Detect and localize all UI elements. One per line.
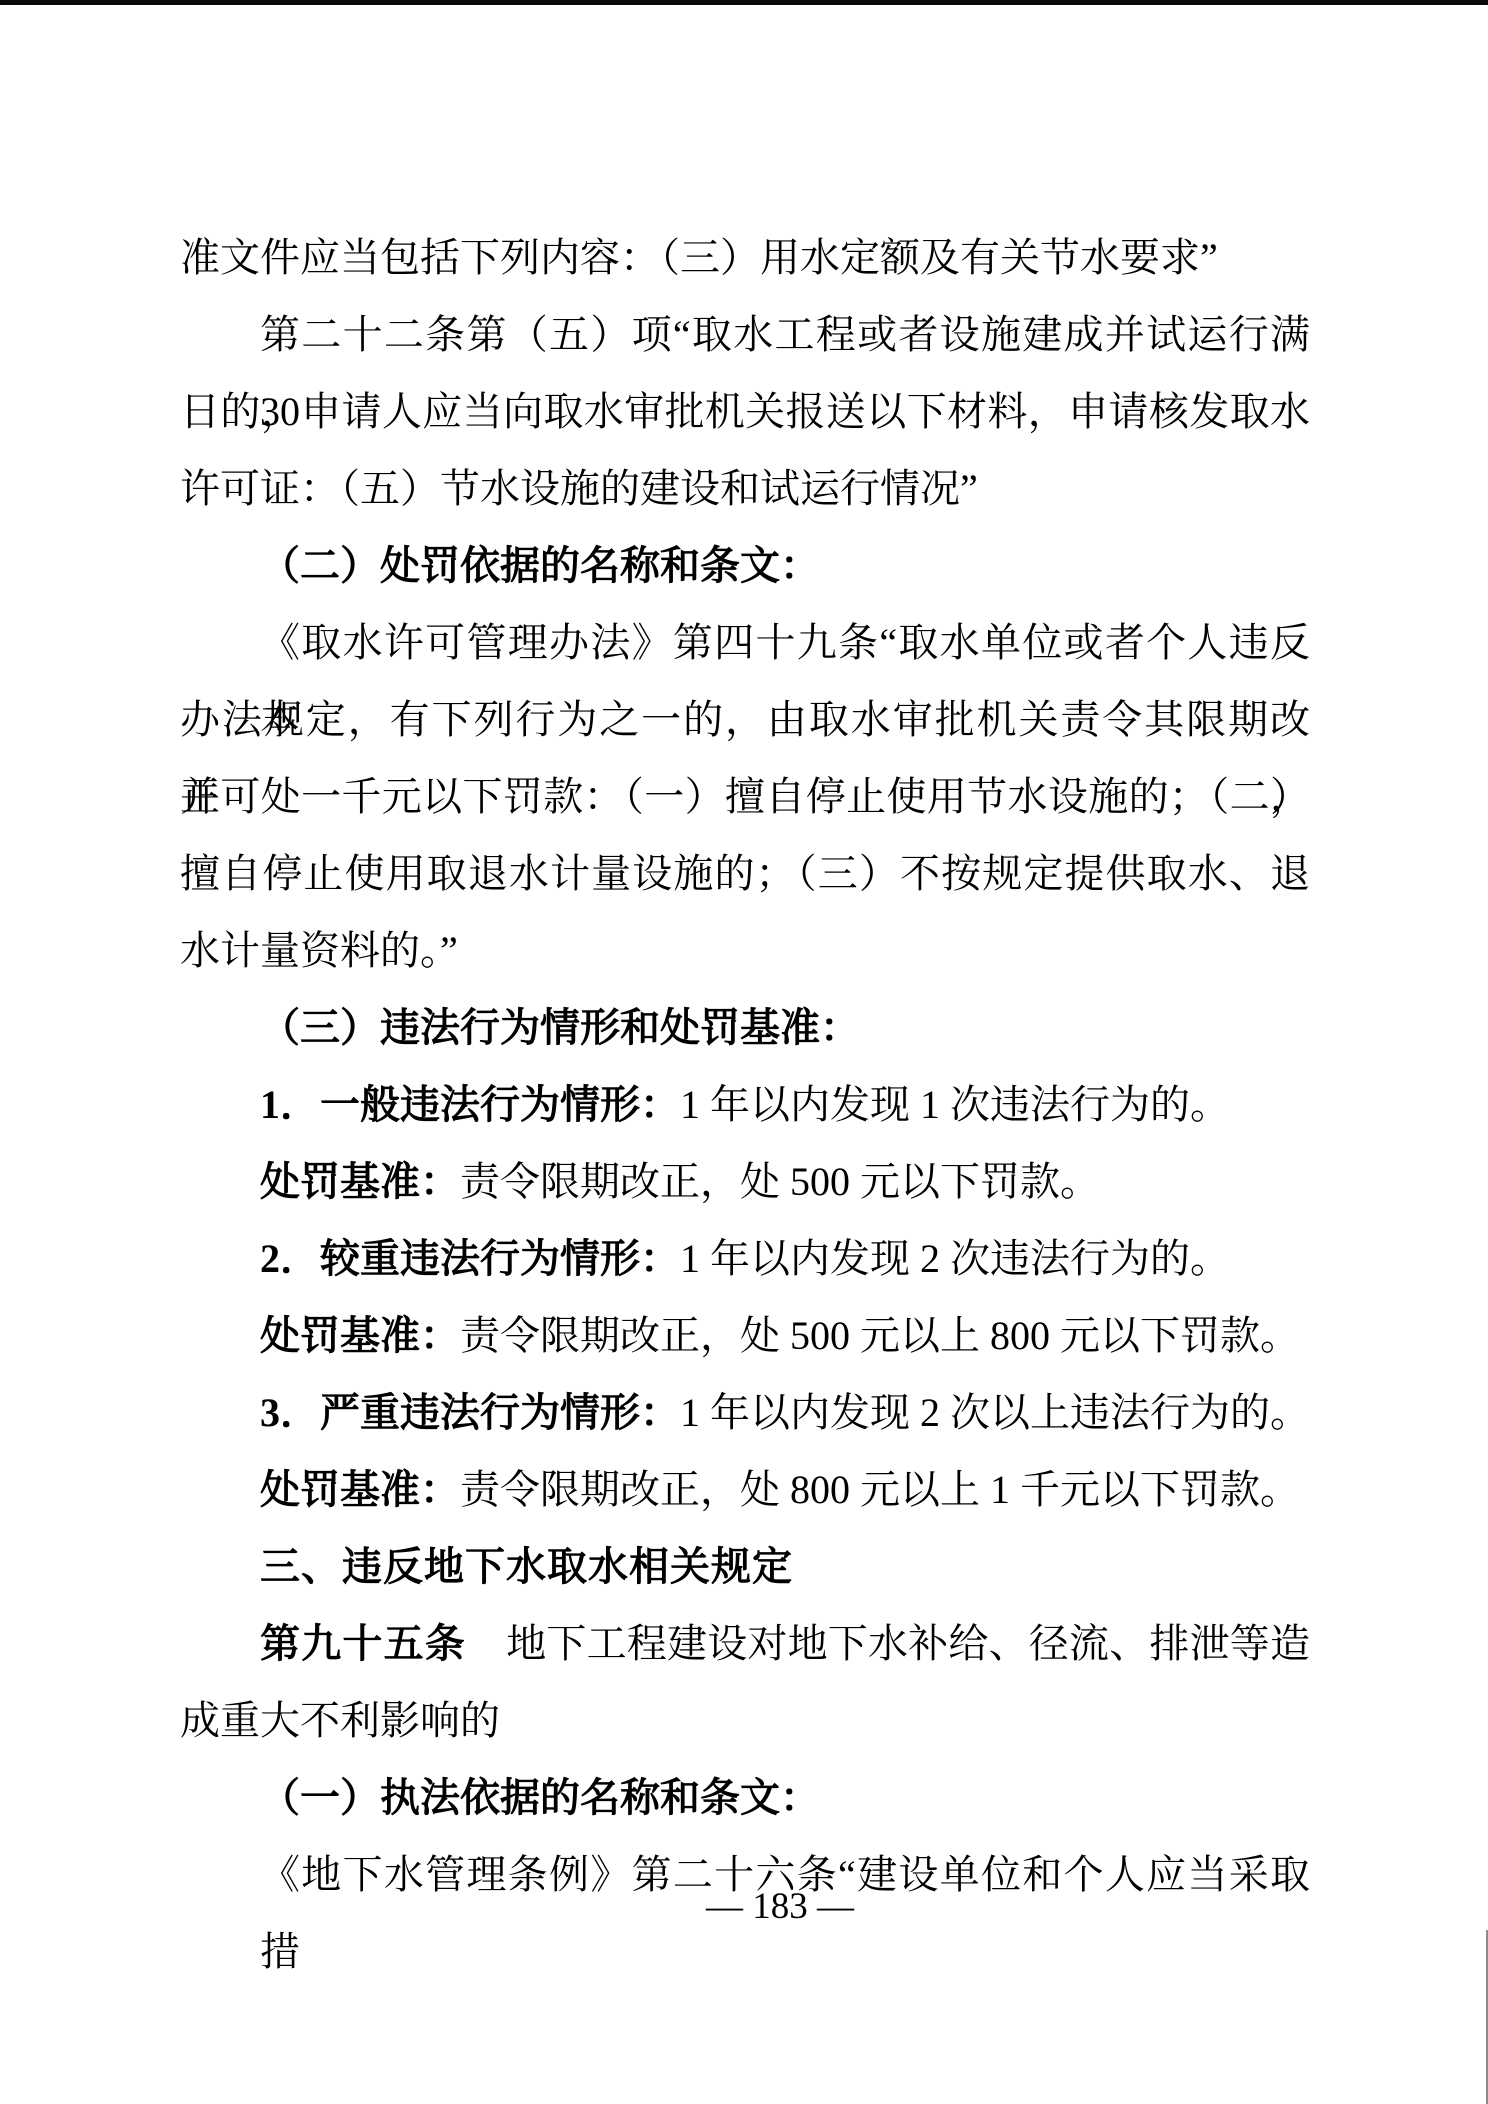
text-segment-hei: 三、违反地下水取水相关规定 — [260, 1545, 793, 1589]
text-line: 1．一般违法行为情形：1 年以内发现 1 次违法行为的。 — [180, 1066, 1310, 1143]
document-page: 准文件应当包括下列内容：（三）用水定额及有关节水要求”第二十二条第（五）项“取水… — [0, 0, 1488, 2104]
text-line: 处罚基准：责令限期改正，处 500 元以上 800 元以下罚款。 — [180, 1297, 1310, 1374]
text-segment-normal: 准文件应当包括下列内容：（三）用水定额及有关节水要求” — [180, 235, 1218, 280]
text-line: 第二十二条第（五）项“取水工程或者设施建成并试运行满 30 — [180, 296, 1310, 373]
scan-artifact-top-bar — [0, 0, 1488, 5]
text-segment-bold: 处罚基准： — [260, 1159, 460, 1204]
text-segment-normal: 并可处一千元以下罚款：（一）擅自停止使用节水设施的；（二） — [180, 774, 1310, 819]
text-line: 《取水许可管理办法》第四十九条“取水单位或者个人违反本 — [180, 604, 1310, 681]
text-segment-bold: 1．一般违法行为情形： — [260, 1082, 680, 1127]
text-line: 三、违反地下水取水相关规定 — [180, 1528, 1310, 1605]
text-segment-bold: 3．严重违法行为情形： — [260, 1390, 680, 1435]
text-line: （三）违法行为情形和处罚基准： — [180, 989, 1310, 1066]
text-line: （二）处罚依据的名称和条文： — [180, 527, 1310, 604]
text-segment-normal: 水计量资料的。” — [180, 928, 458, 973]
text-segment-bold: 处罚基准： — [260, 1313, 460, 1358]
text-line: （一）执法依据的名称和条文： — [180, 1759, 1310, 1836]
text-line: 处罚基准：责令限期改正，处 500 元以下罚款。 — [180, 1143, 1310, 1220]
text-segment-normal: 地下工程建设对地下水补给、径流、排泄等造 — [466, 1621, 1310, 1666]
text-line: 2．较重违法行为情形：1 年以内发现 2 次违法行为的。 — [180, 1220, 1310, 1297]
text-line: 准文件应当包括下列内容：（三）用水定额及有关节水要求” — [180, 219, 1310, 296]
document-body: 准文件应当包括下列内容：（三）用水定额及有关节水要求”第二十二条第（五）项“取水… — [180, 219, 1310, 1913]
text-segment-normal: 成重大不利影响的 — [180, 1698, 500, 1743]
text-segment-bold: 2．较重违法行为情形： — [260, 1236, 680, 1281]
text-segment-normal: 擅自停止使用取退水计量设施的；（三）不按规定提供取水、退 — [180, 851, 1310, 896]
text-segment-normal: 责令限期改正，处 800 元以上 1 千元以下罚款。 — [460, 1467, 1300, 1512]
text-line: 擅自停止使用取退水计量设施的；（三）不按规定提供取水、退 — [180, 835, 1310, 912]
text-line: 3．严重违法行为情形：1 年以内发现 2 次以上违法行为的。 — [180, 1374, 1310, 1451]
text-segment-normal: 1 年以内发现 2 次以上违法行为的。 — [680, 1390, 1310, 1435]
text-segment-normal: 责令限期改正，处 500 元以上 800 元以下罚款。 — [460, 1313, 1300, 1358]
text-line: 许可证：（五）节水设施的建设和试运行情况” — [180, 450, 1310, 527]
text-segment-normal: 1 年以内发现 1 次违法行为的。 — [680, 1082, 1230, 1127]
text-segment-normal: 1 年以内发现 2 次违法行为的。 — [680, 1236, 1230, 1281]
page-footer: — 183 — — [180, 1882, 1380, 1932]
page-number: — 183 — — [706, 1886, 854, 1927]
text-line: 第九十五条 地下工程建设对地下水补给、径流、排泄等造 — [180, 1605, 1310, 1682]
text-segment-bold: 处罚基准： — [260, 1467, 460, 1512]
text-line: 成重大不利影响的 — [180, 1682, 1310, 1759]
text-segment-bold: （三）违法行为情形和处罚基准： — [260, 1005, 860, 1050]
text-line: 处罚基准：责令限期改正，处 800 元以上 1 千元以下罚款。 — [180, 1451, 1310, 1528]
text-segment-bold: （二）处罚依据的名称和条文： — [260, 543, 820, 588]
text-line: 日的，申请人应当向取水审批机关报送以下材料，申请核发取水 — [180, 373, 1310, 450]
text-line: 水计量资料的。” — [180, 912, 1310, 989]
text-segment-normal: 责令限期改正，处 500 元以下罚款。 — [460, 1159, 1100, 1204]
text-segment-normal: 许可证：（五）节水设施的建设和试运行情况” — [180, 466, 978, 511]
text-segment-bold: （一）执法依据的名称和条文： — [260, 1775, 820, 1820]
text-segment-normal: 日的，申请人应当向取水审批机关报送以下材料，申请核发取水 — [180, 389, 1310, 434]
text-line: 并可处一千元以下罚款：（一）擅自停止使用节水设施的；（二） — [180, 758, 1310, 835]
text-segment-hei: 第九十五条 — [260, 1622, 466, 1666]
text-line: 办法规定，有下列行为之一的，由取水审批机关责令其限期改正， — [180, 681, 1310, 758]
